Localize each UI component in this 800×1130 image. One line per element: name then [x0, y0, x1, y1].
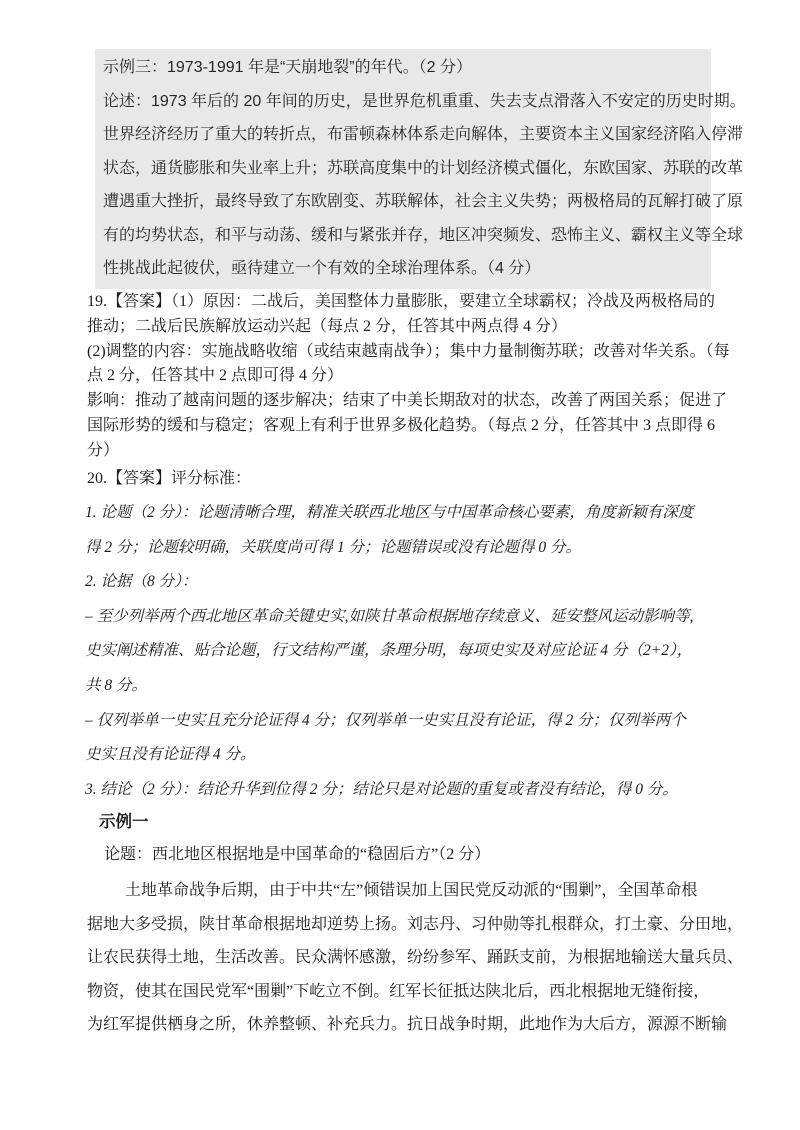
highlighted-line: 世界经济经历了重大的转折点，布雷顿森林体系走向解体，主要资本主义国家经济陷入停滞	[103, 118, 711, 152]
example-one-paragraph: 土地革命战争后期，由于中共“左”倾错误加上国民党反动派的“围剿”，全国革命根 据…	[87, 874, 719, 1042]
document-page: 示例三：1973-1991 年是“天崩地裂”的年代。（2 分） 论述：1973 …	[0, 0, 800, 1130]
answer-line: 推动；二战后民族解放运动兴起（每点 2 分，任答其中两点得 4 分）	[87, 315, 719, 340]
rubric-line: 1. 论题（2 分）：论题清晰合理，精准关联西北地区与中国革命核心要素，角度新颖…	[85, 496, 721, 531]
rubric-line: 2. 论据（8 分）：	[85, 565, 721, 600]
paragraph-line: 让农民获得土地，生活改善。民众满怀感激，纷纷参军、踊跃支前，为根据地输送大量兵员…	[87, 941, 719, 975]
highlighted-line: 有的均势状态，和平与动荡、缓和与紧张并存，地区冲突频发、恐怖主义、霸权主义等全球	[103, 219, 711, 253]
highlighted-line: 遭遇重大挫折，最终导致了东欧剧变、苏联解体，社会主义失势；两极格局的瓦解打破了原	[103, 185, 711, 219]
highlighted-line: 论述：1973 年后的 20 年间的历史，是世界危机重重、失去支点滑落入不安定的…	[103, 85, 711, 119]
highlighted-line: 状态，通货膨胀和失业率上升；苏联高度集中的计划经济模式僵化，东欧国家、苏联的改革	[103, 152, 711, 186]
rubric-line: 3. 结论（2 分）：结论升华到位得 2 分；结论只是对论题的重复或者没有结论，…	[85, 773, 721, 808]
answer-line: 国际形势的缓和与稳定；客观上有利于世界多极化趋势。（每点 2 分，任答其中 3 …	[87, 414, 719, 439]
scoring-rubric-block: 1. 论题（2 分）：论题清晰合理，精准关联西北地区与中国革命核心要素，角度新颖…	[85, 496, 721, 807]
answer-line: 影响：推动了越南问题的逐步解决；结束了中美长期敌对的状态，改善了两国关系；促进了	[87, 389, 719, 414]
rubric-line: 史实阐述精准、贴合论题，行文结构严谨，条理分明，每项史实及对应论证 4 分（2+…	[85, 634, 721, 669]
highlighted-line: 示例三：1973-1991 年是“天崩地裂”的年代。（2 分）	[103, 51, 711, 85]
rubric-line: – 至少列举两个西北地区革命关键史实,如陕甘革命根据地存续意义、延安整风运动影响…	[85, 600, 721, 635]
answer-line: 点 2 分，任答其中 2 点即可得 4 分）	[87, 364, 719, 389]
example-one-heading: 示例一	[99, 809, 149, 834]
answer-line: 19.【答案】（1）原因：二战后，美国整体力量膨胀，要建立全球霸权；冷战及两极格…	[87, 290, 719, 315]
paragraph-line: 为红军提供栖身之所，休养整顿、补充兵力。抗日战争时期，此地作为大后方，源源不断输	[87, 1008, 719, 1042]
answer-line: 分）	[87, 439, 719, 464]
answer-line: (2)调整的内容：实施战略收缩（或结束越南战争）；集中力量制衡苏联；改善对华关系…	[87, 340, 719, 365]
highlighted-example-three-block: 示例三：1973-1991 年是“天崩地裂”的年代。（2 分） 论述：1973 …	[95, 49, 711, 289]
topic-line: 论题：西北地区根据地是中国革命的“稳固后方”（2 分）	[104, 842, 490, 868]
answer-19-block: 19.【答案】（1）原因：二战后，美国整体力量膨胀，要建立全球霸权；冷战及两极格…	[87, 290, 719, 464]
paragraph-line: 物资，使其在国民党军“围剿”下屹立不倒。红军长征抵达陕北后，西北根据地无缝衔接，	[87, 975, 719, 1009]
rubric-line: 得 2 分；论题较明确，关联度尚可得 1 分；论题错误或没有论题得 0 分。	[85, 531, 721, 566]
answer-20-heading: 20.【答案】评分标准：	[87, 466, 719, 491]
paragraph-line: 土地革命战争后期，由于中共“左”倾错误加上国民党反动派的“围剿”，全国革命根	[87, 874, 719, 908]
highlighted-line: 性挑战此起彼伏，亟待建立一个有效的全球治理体系。（4 分）	[103, 252, 711, 286]
rubric-line: 共 8 分。	[85, 669, 721, 704]
paragraph-line: 据地大多受损，陕甘革命根据地却逆势上扬。刘志丹、习仲勋等扎根群众，打土豪、分田地…	[87, 908, 719, 942]
rubric-line: 史实且没有论证得 4 分。	[85, 738, 721, 773]
rubric-line: – 仅列举单一史实且充分论证得 4 分；仅列举单一史实且没有论证，得 2 分；仅…	[85, 704, 721, 739]
